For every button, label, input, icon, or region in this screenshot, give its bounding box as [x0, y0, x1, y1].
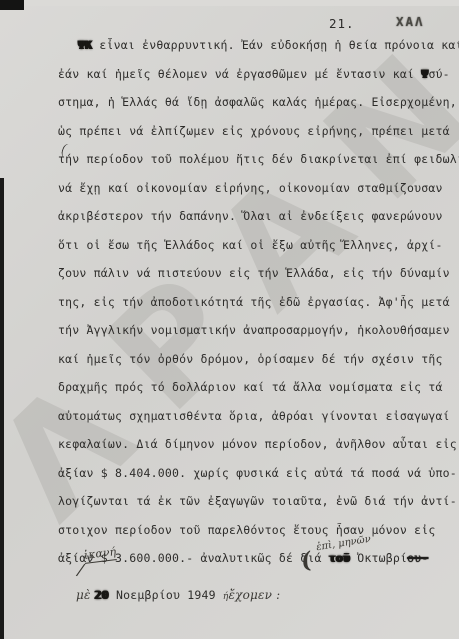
typed-segment: ζουν πάλιν νά πιστεύουν εἰς τήν Ἑλλάδα, …: [58, 266, 450, 280]
typed-segment: στημα, ἡ Ἑλλάς θά ἴδῃ ἀσφαλῶς καλάς ἡμέρ…: [58, 95, 457, 109]
typed-line: λογίζωνται τά ἐκ τῶν ἐξαγωγῶν τοιαῦτα, ἐ…: [58, 494, 454, 523]
typed-segment: της, εἰς τήν ἀποδοτικότητά τῆς ἐδῶ ἐργασ…: [58, 295, 450, 309]
typed-line: της, εἰς τήν ἀποδοτικότητά τῆς ἐδῶ ἐργασ…: [58, 295, 454, 324]
typed-segment: εἶναι ἐνθαρρυντική. Ἐάν εὐδοκήσῃ ἡ θεία …: [92, 38, 459, 52]
typed-segment: Ὀκτωβρί: [350, 551, 407, 565]
typed-line: κεφαλαίων. Διά δίμηνον μόνον περίοδον, ἀ…: [58, 437, 454, 466]
typed-text-block: ΨΚ εἶναι ἐνθαρρυντική. Ἐάν εὐδοκήσῃ ἡ θε…: [58, 38, 454, 616]
typed-line: τήν Ἀγγλικήν νομισματικήν ἀναπροσαρμογήν…: [58, 323, 454, 352]
typed-segment: νά ἔχῃ καί οἰκονομίαν εἰρήνης, οἰκονομία…: [58, 181, 443, 195]
typed-segment: σύ-: [428, 67, 449, 81]
typed-line: μὲ 20 Νοεμβρίου 1949 ήἔχομεν :: [58, 588, 454, 617]
typed-line: ὡς πρέπει νά ἐλπίζωμεν εἰς χρόνους εἰρήν…: [58, 124, 454, 153]
typed-line: ἀξίαν $ 8.404.000. χωρίς φυσικά εἰς αὐτά…: [58, 466, 454, 495]
typed-segment: αὐτομάτως σχηματισθέντα ὅρια, ἀθρόαι γίν…: [58, 409, 450, 423]
typed-segment: ὡς πρέπει νά ἐλπίζωμεν εἰς χρόνους εἰρήν…: [58, 124, 450, 138]
typed-segment: στοιχον περίοδον τοῦ παρελθόντος ἔτους ἦ…: [58, 523, 436, 537]
typed-line: νά ἔχῃ καί οἰκονομίαν εἰρήνης, οἰκονομία…: [58, 181, 454, 210]
typed-segment: λογίζωνται τά ἐκ τῶν ἐξαγωγῶν τοιαῦτα, ἐ…: [58, 494, 457, 508]
typed-segment: ἀξίαν $ 8.404.000. χωρίς φυσικά εἰς αὐτά…: [58, 466, 457, 480]
typed-segment: ἀκριβέστερον τήν δαπάνην. Ὅλαι αἱ ἐνδείξ…: [58, 209, 443, 223]
typed-segment: τοῦ: [329, 551, 350, 565]
typed-segment: ΨΚ: [78, 38, 92, 52]
archive-stamp: ΧΑΛ: [396, 14, 425, 29]
document-page: ΛΡΑΝ 21. ΧΑΛ ΨΚ εἶναι ἐνθαρρυντική. Ἐάν …: [0, 0, 459, 639]
typed-segment: τήν περίοδον τοῦ πολέμου ἥτις δέν διακρί…: [58, 152, 459, 166]
typed-segment: τήν Ἀγγλικήν νομισματικήν ἀναπροσαρμογήν…: [58, 323, 450, 337]
typed-segment: ἐάν καί ἡμεῖς θέλομεν νά ἐργασθῶμεν μέ ἔ…: [58, 67, 421, 81]
typed-line: τήν περίοδον τοῦ πολέμου ἥτις δέν διακρί…: [58, 152, 454, 181]
typed-segment: κεφαλαίων. Διά δίμηνον μόνον περίοδον, ἀ…: [58, 437, 457, 451]
typed-line: καί ἡμεῖς τόν ὀρθόν δρόμον, ὁρίσαμεν δέ …: [58, 352, 454, 381]
typed-line: ἀξίαν $ 3.600.000.- ἀναλυτικῶς δέ διά το…: [58, 551, 454, 580]
typed-line: ὅτι οἱ ἔσω τῆς Ἑλλάδος καί οἱ ἔξω αὐτῆς …: [58, 238, 454, 267]
typed-segment: καί ἡμεῖς τόν ὀρθόν δρόμον, ὁρίσαμεν δέ …: [58, 352, 443, 366]
page-number: 21.: [329, 16, 355, 31]
typed-line: ΨΚ εἶναι ἐνθαρρυντική. Ἐάν εὐδοκήσῃ ἡ θε…: [58, 38, 454, 67]
typed-line: αὐτομάτως σχηματισθέντα ὅρια, ἀθρόαι γίν…: [58, 409, 454, 438]
typed-line: ἐάν καί ἡμεῖς θέλομεν νά ἐργασθῶμεν μέ ἔ…: [58, 67, 454, 96]
typed-line: στημα, ἡ Ἑλλάς θά ἴδῃ ἀσφαλῶς καλάς ἡμέρ…: [58, 95, 454, 124]
scan-artifact-top-left: [0, 0, 24, 10]
scan-artifact-left-edge: [0, 178, 4, 639]
typed-segment: $ 3.600.000.- ἀναλυτικῶς δέ διά: [101, 551, 329, 565]
typed-segment: μὲ: [76, 588, 95, 602]
typed-segment: ἔχομεν :: [228, 588, 280, 602]
typed-line: στοιχον περίοδον τοῦ παρελθόντος ἔτους ἦ…: [58, 523, 454, 552]
typed-segment: ου-: [407, 551, 428, 565]
typed-line: δραχμῆς πρός τό δολλάριον καί τά ἄλλα νο…: [58, 380, 454, 409]
typed-segment: δραχμῆς πρός τό δολλάριον καί τά ἄλλα νο…: [58, 380, 443, 394]
typed-line: ζουν πάλιν νά πιστεύουν εἰς τήν Ἑλλάδα, …: [58, 266, 454, 295]
typed-line: ἀκριβέστερον τήν δαπάνην. Ὅλαι αἱ ἐνδείξ…: [58, 209, 454, 238]
typed-segment: Νοεμβρίου 1949: [109, 588, 223, 602]
scan-edge-top: [0, 0, 459, 6]
typed-segment: ὅτι οἱ ἔσω τῆς Ἑλλάδος καί οἱ ἔξω αὐτῆς …: [58, 238, 443, 252]
typed-segment: 20: [95, 588, 109, 602]
